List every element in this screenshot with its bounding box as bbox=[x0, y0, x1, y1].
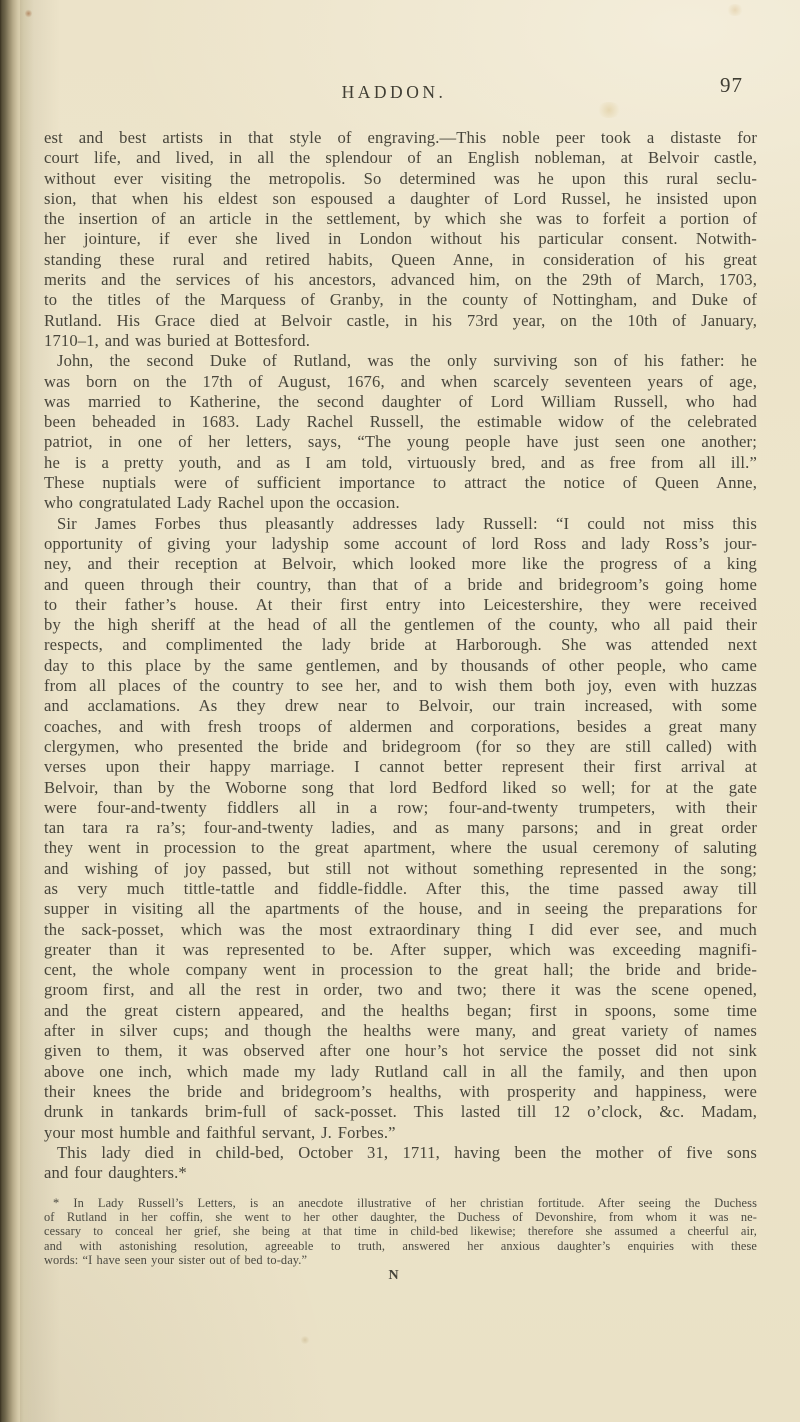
page-number: 97 bbox=[720, 73, 760, 98]
text-line: and the great cistern appeared, and the … bbox=[44, 1001, 757, 1021]
text-line: to the titles of the Marquess of Granby,… bbox=[44, 290, 757, 310]
text-line: was born on the 17th of August, 1676, an… bbox=[44, 372, 757, 392]
paper-stain bbox=[726, 4, 744, 16]
text-line: court life, and lived, in all the splend… bbox=[44, 148, 757, 168]
paper-stain bbox=[596, 102, 622, 118]
text-line: drunk in tankards brim-full of sack-poss… bbox=[44, 1102, 757, 1122]
text-line: day to this place by the same gentlemen,… bbox=[44, 656, 757, 676]
text-line: her jointure, if ever she lived in Londo… bbox=[44, 229, 757, 249]
text-line: respects, and complimented the lady brid… bbox=[44, 635, 757, 655]
text-line: above one inch, which made my lady Rutla… bbox=[44, 1062, 757, 1082]
text-line: and queen through their country, than th… bbox=[44, 575, 757, 595]
text-line: and four daughters.* bbox=[44, 1163, 757, 1183]
text-line: who congratulated Lady Rachel upon the o… bbox=[44, 493, 757, 513]
signature-mark: N bbox=[0, 1268, 788, 1284]
footnote: * In Lady Russell’s Letters, is an anecd… bbox=[44, 1196, 757, 1267]
text-line: was married to Katherine, the second dau… bbox=[44, 392, 757, 412]
text-line: Sir James Forbes thus pleasantly address… bbox=[44, 514, 757, 534]
text-line: the sack-posset, which was the most extr… bbox=[44, 920, 757, 940]
text-line: from all places of the country to see he… bbox=[44, 676, 757, 696]
text-line: This lady died in child-bed, October 31,… bbox=[44, 1143, 757, 1163]
text-line: patriot, in one of her letters, says, “T… bbox=[44, 432, 757, 452]
footnote-line: cessary to conceal her grief, she being … bbox=[44, 1224, 757, 1238]
text-line: by the high sheriff at the head of all t… bbox=[44, 615, 757, 635]
text-line: tan tara ra ra’s; four-and-twenty ladies… bbox=[44, 818, 757, 838]
book-page: { "document": { "running_head": "HADDON.… bbox=[0, 0, 800, 1422]
paper-stain bbox=[25, 9, 32, 18]
text-line: est and best artists in that style of en… bbox=[44, 128, 757, 148]
text-line: ney, and their reception at Belvoir, whi… bbox=[44, 554, 757, 574]
paper-stain bbox=[300, 1336, 310, 1344]
footnote-line: * In Lady Russell’s Letters, is an anecd… bbox=[44, 1196, 757, 1210]
text-line: as very much tittle-tattle and fiddle-fi… bbox=[44, 879, 757, 899]
text-line: greater than it was represented to be. A… bbox=[44, 940, 757, 960]
text-line: coaches, and with fresh troops of alderm… bbox=[44, 717, 757, 737]
text-line: These nuptials were of sufficient import… bbox=[44, 473, 757, 493]
text-line: the insertion of an article in the settl… bbox=[44, 209, 757, 229]
text-line: cent, the whole company went in processi… bbox=[44, 960, 757, 980]
text-line: merits and the services of his ancestors… bbox=[44, 270, 757, 290]
text-line: given to them, it was observed after one… bbox=[44, 1041, 757, 1061]
text-line: opportunity of giving your ladyship some… bbox=[44, 534, 757, 554]
running-head: HADDON. bbox=[0, 82, 788, 103]
text-line: their knees the bride and bridegroom’s h… bbox=[44, 1082, 757, 1102]
text-line: 1710–1, and was buried at Bottesford. bbox=[44, 331, 757, 351]
footnote-line: of Rutland in her coffin, she went to he… bbox=[44, 1210, 757, 1224]
text-line: sion, that when his eldest son espoused … bbox=[44, 189, 757, 209]
text-line: your most humble and faithful servant, J… bbox=[44, 1123, 757, 1143]
text-line: been beheaded in 1683. Lady Rachel Russe… bbox=[44, 412, 757, 432]
binding-edge bbox=[0, 0, 34, 1422]
text-line: standing these rural and retired habits,… bbox=[44, 250, 757, 270]
text-line: verses upon their happy marriage. I cann… bbox=[44, 757, 757, 777]
text-line: and wishing of joy passed, but still not… bbox=[44, 859, 757, 879]
text-line: and acclamations. As they drew near to B… bbox=[44, 696, 757, 716]
text-line: to their father’s house. At their first … bbox=[44, 595, 757, 615]
text-line: they went in procession to the great apa… bbox=[44, 838, 757, 858]
text-line: Rutland. His Grace died at Belvoir castl… bbox=[44, 311, 757, 331]
footnote-line: words: “I have seen your sister out of b… bbox=[44, 1253, 757, 1267]
text-line: Belvoir, than by the Woborne song that l… bbox=[44, 778, 757, 798]
text-line: supper in visiting all the apartments of… bbox=[44, 899, 757, 919]
text-line: after in silver cups; and though the hea… bbox=[44, 1021, 757, 1041]
text-line: clergymen, who presented the bride and b… bbox=[44, 737, 757, 757]
text-line: he is a pretty youth, and as I am told, … bbox=[44, 453, 757, 473]
footnote-line: and with astonishing resolution, agreeab… bbox=[44, 1239, 757, 1253]
text-line: were four-and-twenty fiddlers all in a r… bbox=[44, 798, 757, 818]
body-text: est and best artists in that style of en… bbox=[44, 128, 757, 1183]
text-line: groom first, and all the rest in order, … bbox=[44, 980, 757, 1000]
text-line: without ever visiting the metropolis. So… bbox=[44, 169, 757, 189]
text-line: John, the second Duke of Rutland, was th… bbox=[44, 351, 757, 371]
